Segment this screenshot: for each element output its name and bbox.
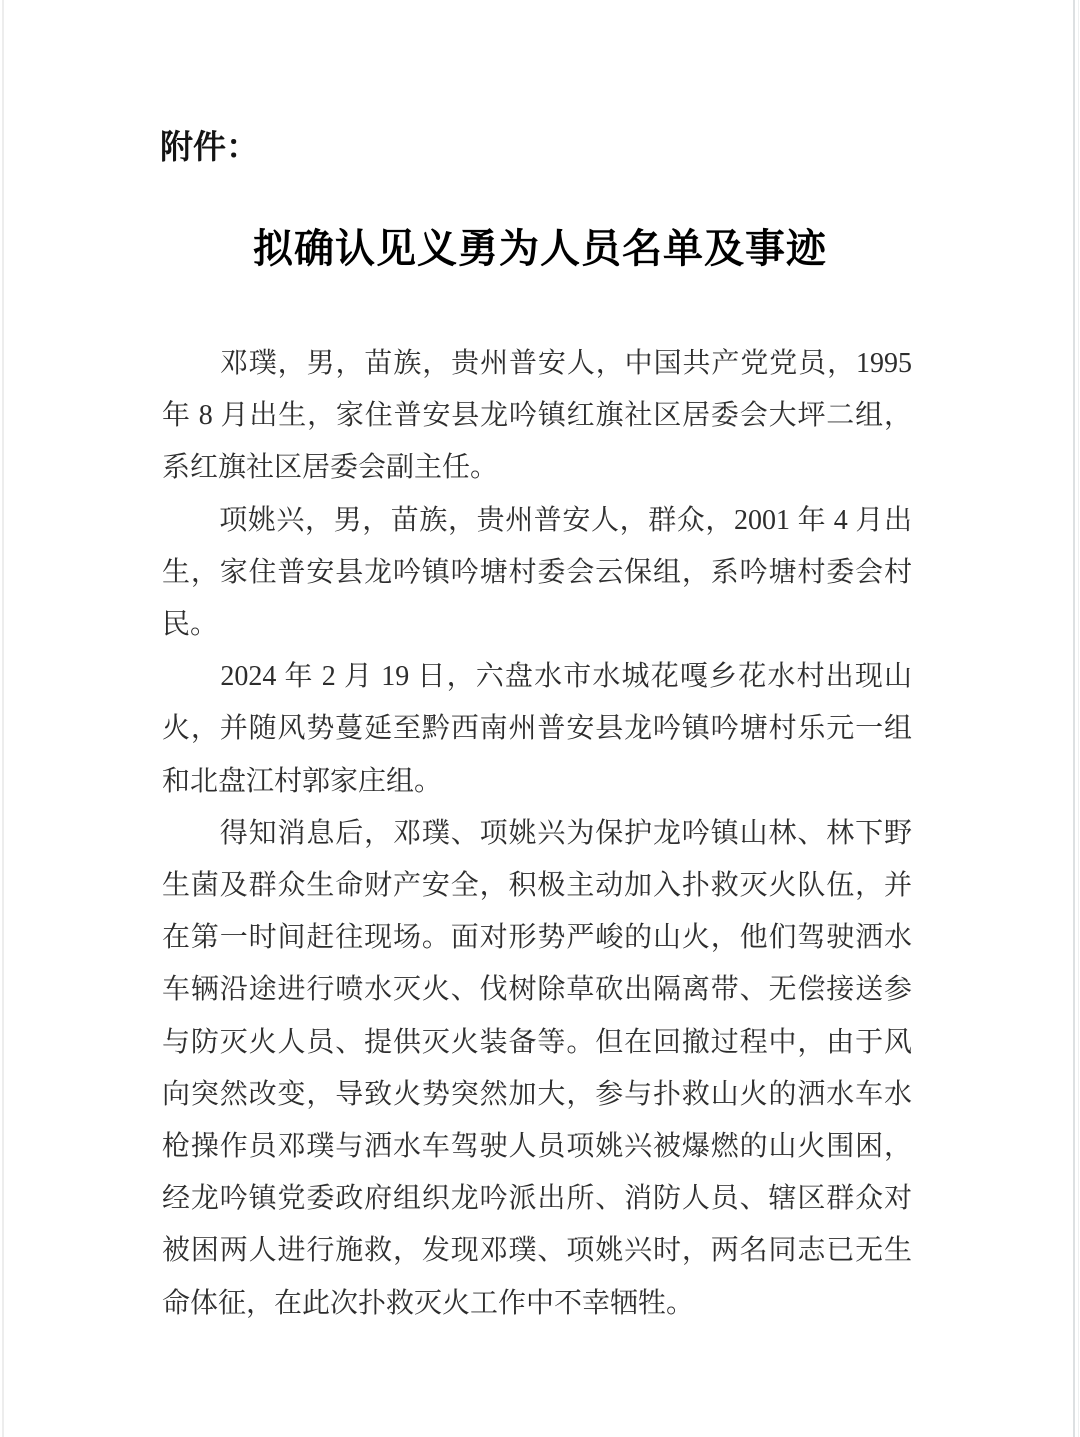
text-line: 被困两人进行施救，发现邓璞、项姚兴时，两名同志已无生: [162, 1225, 912, 1277]
scan-edge-right-line: [1073, 0, 1075, 1437]
text-line: 向突然改变，导致火势突然加大，参与扑救山火的洒水车水: [162, 1069, 912, 1121]
text-line: 车辆沿途进行喷水灭火、伐树除草砍出隔离带、无偿接送参: [162, 964, 912, 1016]
text-line: 命体征，在此次扑救灭火工作中不幸牺牲。: [162, 1278, 912, 1330]
scan-edge-left-line: [2, 0, 4, 1437]
text-line: 年 8 月出生，家住普安县龙吟镇红旗社区居委会大坪二组，: [162, 390, 912, 442]
text-line: 2024 年 2 月 19 日，六盘水市水城花嘎乡花水村出现山: [162, 651, 912, 703]
text-line: 得知消息后，邓璞、项姚兴为保护龙吟镇山林、林下野: [162, 808, 912, 860]
paragraph: 项姚兴，男，苗族，贵州普安人，群众，2001 年 4 月出生，家住普安县龙吟镇吟…: [162, 495, 912, 652]
text-line: 和北盘江村郭家庄组。: [162, 756, 912, 808]
document-title: 拟确认见义勇为人员名单及事迹: [0, 224, 1080, 274]
text-line: 系红旗社区居委会副主任。: [162, 442, 912, 494]
text-line: 生菌及群众生命财产安全，积极主动加入扑救灭火队伍，并: [162, 860, 912, 912]
text-line: 在第一时间赶往现场。面对形势严峻的山火，他们驾驶洒水: [162, 912, 912, 964]
text-line: 枪操作员邓璞与洒水车驾驶人员项姚兴被爆燃的山火围困，: [162, 1121, 912, 1173]
text-line: 经龙吟镇党委政府组织龙吟派出所、消防人员、辖区群众对: [162, 1173, 912, 1225]
text-line: 与防灭火人员、提供灭火装备等。但在回撤过程中，由于风: [162, 1017, 912, 1069]
paragraph: 2024 年 2 月 19 日，六盘水市水城花嘎乡花水村出现山火，并随风势蔓延至…: [162, 651, 912, 808]
attachment-label: 附件：: [160, 126, 259, 168]
text-line: 项姚兴，男，苗族，贵州普安人，群众，2001 年 4 月出: [162, 495, 912, 547]
paragraph: 得知消息后，邓璞、项姚兴为保护龙吟镇山林、林下野生菌及群众生命财产安全，积极主动…: [162, 808, 912, 1330]
paragraph: 邓璞，男，苗族，贵州普安人，中国共产党党员，1995年 8 月出生，家住普安县龙…: [162, 338, 912, 495]
text-line: 邓璞，男，苗族，贵州普安人，中国共产党党员，1995: [162, 338, 912, 390]
text-line: 火，并随风势蔓延至黔西南州普安县龙吟镇吟塘村乐元一组: [162, 703, 912, 755]
text-line: 民。: [162, 599, 912, 651]
document-page: 附件： 拟确认见义勇为人员名单及事迹 邓璞，男，苗族，贵州普安人，中国共产党党员…: [0, 0, 1080, 1437]
document-body: 邓璞，男，苗族，贵州普安人，中国共产党党员，1995年 8 月出生，家住普安县龙…: [162, 338, 912, 1330]
scan-edge-right-line-outer: [1078, 0, 1079, 1437]
text-line: 生，家住普安县龙吟镇吟塘村委会云保组，系吟塘村委会村: [162, 547, 912, 599]
